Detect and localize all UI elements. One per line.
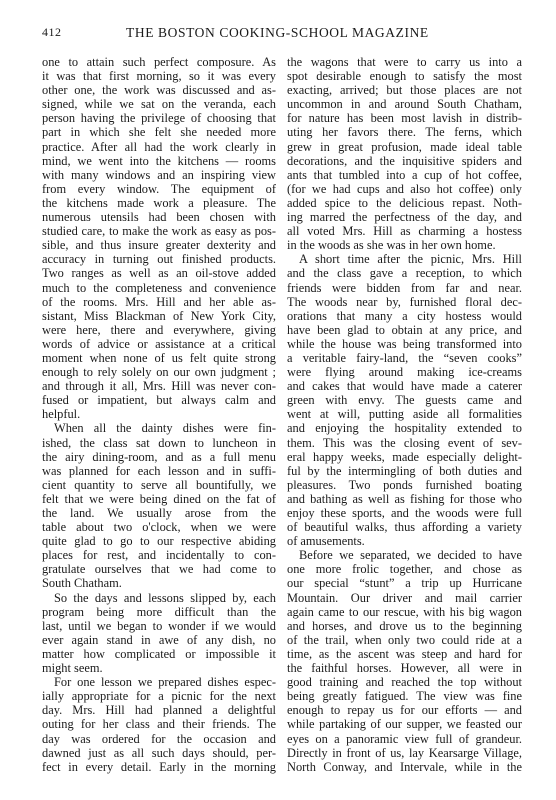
- text-line: cient quantity to serve all bountifully,…: [42, 478, 276, 492]
- text-line: table about two o'clock, when we were: [42, 520, 276, 534]
- running-head: 412 THE BOSTON COOKING-SCHOOL MAGAZINE: [42, 25, 522, 41]
- text-line: South Chatham.: [42, 576, 276, 590]
- text-line: friends were bidden from far and near.: [287, 281, 522, 295]
- text-line: felt that we were being dined on the fat…: [42, 492, 276, 506]
- text-line: mind, we went into the kitchens — rooms: [42, 154, 276, 168]
- text-line: (for we had cups and also hot coffee) on…: [287, 182, 522, 196]
- text-line: for nature has been most lavish in distr…: [287, 111, 522, 125]
- text-line: it was that first morning, so it was eve…: [42, 69, 276, 83]
- text-line: and horses, and drove us to the beginnin…: [287, 619, 522, 633]
- text-line: one to attain such perfect composure. As: [42, 55, 276, 69]
- text-line: time, as the ascent was steep and hard f…: [287, 647, 522, 661]
- text-line: all voted Mrs. Hill as charming a hostes…: [287, 224, 522, 238]
- text-line: matter how complicated or impossible it: [42, 647, 276, 661]
- text-line: dawned just as all such days should, per…: [42, 746, 276, 760]
- text-line: ished, the class sat down to luncheon in: [42, 436, 276, 450]
- text-line: sistant, Miss Blackman of New York City,: [42, 309, 276, 323]
- text-line: studied care, to make the work as easy a…: [42, 224, 276, 238]
- text-line: our special “stunt” a trip up Hurricane: [287, 576, 522, 590]
- text-line: eral happy weeks, made especially deligh…: [287, 450, 522, 464]
- text-line: good training and reached the top withou…: [287, 675, 522, 689]
- text-line: might seem.: [42, 661, 276, 675]
- text-line: with many windows and an inspiring view: [42, 168, 276, 182]
- magazine-title: THE BOSTON COOKING-SCHOOL MAGAZINE: [126, 25, 429, 41]
- text-line: other one, the work was discussed and as…: [42, 83, 276, 97]
- text-line: green with envy. The guests came and: [287, 393, 522, 407]
- text-line: in the woods as she was in her own home.: [287, 238, 522, 252]
- text-line: A short time after the picnic, Mrs. Hill: [287, 252, 522, 266]
- text-line: Two ranges as well as an oil-stove added: [42, 266, 276, 280]
- text-line: person having the privilege of choosing …: [42, 111, 276, 125]
- text-line: gratulate ourselves that we had come to: [42, 562, 276, 576]
- text-line: uting her favors there. The ferns, which: [287, 125, 522, 139]
- text-line: So the days and lessons slipped by, each: [42, 591, 276, 605]
- text-line: the airy dining-room, and as a full menu: [42, 450, 276, 464]
- text-line: places for rest, and incidentally to con…: [42, 548, 276, 562]
- text-line: went at will, putting aside all formalit…: [287, 407, 522, 421]
- text-line: ing marred the perfectness of the day, a…: [287, 210, 522, 224]
- text-line: fect in every detail. Early in the morni…: [42, 760, 276, 774]
- text-line: while the house was being transformed in…: [287, 337, 522, 351]
- text-line: orations that many a city hostess would: [287, 309, 522, 323]
- text-line: accuracy in turning out finished product…: [42, 252, 276, 266]
- text-line: The woods near by, furnished floral dec-: [287, 295, 522, 309]
- text-line: pleasures. Two ponds furnished boating: [287, 478, 522, 492]
- text-line: and cakes that would have made a caterer: [287, 379, 522, 393]
- text-line: words of advice or assistance at a criti…: [42, 337, 276, 351]
- text-line: and through it all, Mrs. Hill was never …: [42, 379, 276, 393]
- text-line: day. Mrs. Hill had planned a delightful: [42, 703, 276, 717]
- text-line: one more frolic together, and chose as: [287, 562, 522, 576]
- text-line: and the class gave a reception, to which: [287, 266, 522, 280]
- text-line: outing for her class and their friends. …: [42, 717, 276, 731]
- text-line: spot desirable enough to satisfy the mos…: [287, 69, 522, 83]
- text-line: again came to our rescue, with his big w…: [287, 605, 522, 619]
- text-line: ially appropriate for a picnic for the n…: [42, 689, 276, 703]
- text-line: much to the completeness and convenience: [42, 281, 276, 295]
- text-line: helpful.: [42, 407, 276, 421]
- text-line: were here, there and everywhere, giving: [42, 323, 276, 337]
- text-line: fused or impatient, but always calm and: [42, 393, 276, 407]
- text-line: sible, and thus insure greater dexterity…: [42, 238, 276, 252]
- text-line: of amusements.: [287, 534, 522, 548]
- text-column-left: one to attain such perfect composure. As…: [42, 55, 276, 774]
- text-line: added spice to the delicious repast. Not…: [287, 196, 522, 210]
- text-line: and enjoying the hospitality extended to: [287, 421, 522, 435]
- text-column-right: the wagons that were to carry us into as…: [287, 55, 522, 774]
- text-line: of the trail, when only two could ride a…: [287, 633, 522, 647]
- text-line: ants that tumbled into a cup of hot coff…: [287, 168, 522, 182]
- text-line: were flying around making ice-creams: [287, 365, 522, 379]
- text-line: signed, while we sat on the veranda, eac…: [42, 97, 276, 111]
- text-line: the land. We usually arose from the: [42, 506, 276, 520]
- text-line: Before we separated, we decided to have: [287, 548, 522, 562]
- text-line: ever again stand in awe of any dish, no: [42, 633, 276, 647]
- page-number: 412: [42, 25, 62, 40]
- text-line: uncommon in and around South Chatham,: [287, 97, 522, 111]
- text-line: have been glad to obtain at any price, a…: [287, 323, 522, 337]
- text-line: grew in great profusion, made ideal tabl…: [287, 140, 522, 154]
- text-line: eyes on a panoramic view full of grandeu…: [287, 732, 522, 746]
- text-line: and bathing as well as fishing for those…: [287, 492, 522, 506]
- text-line: being greatly fatigued. The view was fin…: [287, 689, 522, 703]
- text-line: part in which she felt she needed more: [42, 125, 276, 139]
- text-line: For one lesson we prepared dishes espec-: [42, 675, 276, 689]
- text-line: the kitchens made work a pleasure. The: [42, 196, 276, 210]
- text-line: ful by the intermingling of both duties …: [287, 464, 522, 478]
- text-line: enjoy these sports, and the woods were f…: [287, 506, 522, 520]
- text-line: Directly in front of us, lay Kearsarge V…: [287, 746, 522, 760]
- text-line: quite glad to go to our respective abidi…: [42, 534, 276, 548]
- text-line: Mountain. Our driver and mail carrier: [287, 591, 522, 605]
- text-line: enough to repay us for our efforts — and: [287, 703, 522, 717]
- text-line: When all the dainty dishes were fin-: [42, 421, 276, 435]
- text-line: the faithful horses. However, all were i…: [287, 661, 522, 675]
- text-line: North Conway, and Intervale, while in th…: [287, 760, 522, 774]
- text-line: moment when none of us felt quite strong: [42, 351, 276, 365]
- text-line: program being more difficult than the: [42, 605, 276, 619]
- text-line: them. This was the closing event of sev-: [287, 436, 522, 450]
- text-line: a veritable fairy-land, the “seven cooks…: [287, 351, 522, 365]
- text-line: decorations, and the inquisitive spiders…: [287, 154, 522, 168]
- text-line: practice. After all had the work clearly…: [42, 140, 276, 154]
- text-line: numerous utensils had been chosen with: [42, 210, 276, 224]
- text-line: from every window. The equipment of: [42, 182, 276, 196]
- text-line: day was ordered for the occasion and: [42, 732, 276, 746]
- text-line: of the rooms. Mrs. Hill and her able as-: [42, 295, 276, 309]
- text-line: the wagons that were to carry us into a: [287, 55, 522, 69]
- text-line: exacting, arrived; but those places are …: [287, 83, 522, 97]
- text-line: last, until we began to wonder if we wou…: [42, 619, 276, 633]
- text-line: enough to rely solely on our own judgmen…: [42, 365, 276, 379]
- text-line: was planned for each lesson and in suffi…: [42, 464, 276, 478]
- text-line: while partaking of our supper, we feaste…: [287, 717, 522, 731]
- text-line: of beautiful walks, thus affording a var…: [287, 520, 522, 534]
